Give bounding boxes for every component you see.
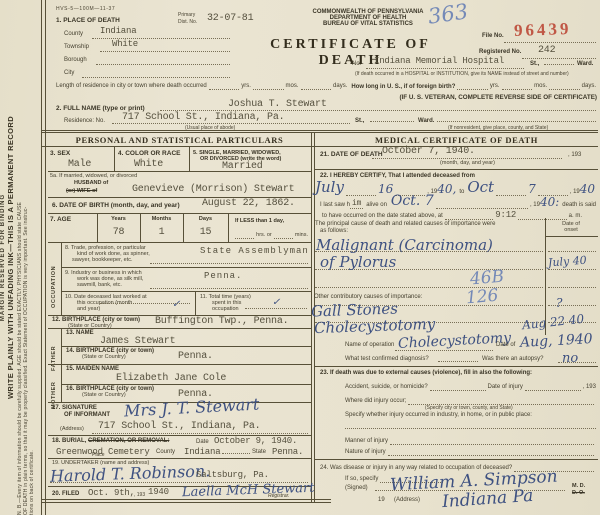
rule-8-top (48, 242, 311, 243)
place-of-death-label: 1. PLACE OF DEATH (56, 17, 120, 24)
days-value: 15 (183, 227, 228, 238)
time-blank-r (518, 218, 567, 220)
age-div-4 (228, 213, 229, 242)
rule-15-top (48, 364, 311, 365)
time-value: 9:12 (495, 210, 516, 220)
informant-signature: Mrs J. T. Stewart (124, 394, 260, 420)
informant-addr-label: (Address) (60, 426, 84, 433)
if-so-label: If so, specify (345, 476, 378, 484)
years-value: 78 (97, 227, 140, 238)
dob-label: 6. DATE OF BIRTH (month, day, and year) (52, 202, 180, 209)
race-value: White (134, 159, 163, 170)
burial-label: 18. BURIAL, (52, 438, 86, 444)
full-name-line (160, 100, 596, 111)
principal-label-2: as follows: (320, 228, 348, 236)
burial-state-value: Penna. (272, 447, 303, 457)
last-worked-label-3: and year) (77, 306, 100, 313)
dist-no-value: 32-07-81 (207, 13, 253, 24)
accident-label: Accident, suicide, or homicide? (345, 384, 428, 392)
cause-line-2: of Pylorus (320, 253, 396, 271)
occurred-label: to have occurred on the date stated abov… (322, 213, 443, 221)
years-label: Years (97, 216, 140, 222)
father-bp-value: Penna. (178, 351, 213, 362)
husband-of-label: HUSBAND of (74, 180, 108, 186)
burial-date-value: October 9, 1940. (214, 436, 297, 446)
registered-no-label: Registered No. (479, 49, 521, 55)
rule-24-top (315, 459, 598, 460)
cause-onset-value: July 40 (548, 254, 588, 270)
us-yrs-blank (457, 88, 488, 90)
contributory-onset-1: ? (556, 296, 562, 310)
institution-value: Indiana Memorial Hospital (374, 56, 504, 66)
burial-struck-label: CREMATION, OR REMOVAL: (88, 438, 169, 444)
us-days-blank (549, 88, 580, 90)
residence-length-label: Length of residence in city or town wher… (56, 83, 207, 91)
where-note: (Specify city or town, county, and State… (425, 405, 513, 411)
birthplace-value: Buffington Twp., Penna. (155, 316, 288, 327)
cause-rule-3 (315, 287, 543, 288)
township-label: Township (64, 44, 89, 52)
dod-note: (month, day, and year) (400, 160, 535, 167)
left-border-outer (41, 0, 42, 515)
residence-yrs-label: yrs. (241, 83, 251, 91)
last-saw-year: 40: (540, 195, 559, 209)
burial-county-label: County (156, 449, 175, 457)
filed-year-value: 1940 (148, 487, 169, 497)
residence-mos-blank (253, 88, 284, 90)
total-time-check: ✓ (272, 297, 280, 308)
father-name-label: 13. NAME (66, 330, 94, 336)
contributory-line-2: Cholecystotomy (314, 315, 436, 337)
hospital-no-label: No. (352, 61, 361, 69)
rule-9-top (61, 267, 311, 268)
registered-no-line (522, 46, 596, 59)
full-name-label: 2. FULL NAME (type or print) (56, 105, 145, 112)
borough-label: Borough (64, 57, 87, 65)
file-no-label: File No. (482, 33, 504, 39)
certify-to-day: 7 (528, 182, 536, 196)
total-time-label-3: occupation (212, 306, 239, 313)
registrar-label: Registrar. (268, 493, 290, 499)
last-worked-check: ✓ (172, 299, 180, 310)
industry-value: Penna. (204, 271, 242, 281)
md-label: M. D. (572, 483, 585, 489)
address-year-label: 19 (378, 497, 385, 505)
us-mos-label: mos. (534, 83, 547, 91)
burial-date-label: Date (196, 439, 209, 447)
certify-from-year: 40, (437, 182, 456, 196)
dist-no-label: Dist. No. (178, 19, 197, 25)
name-st-line (370, 121, 414, 122)
mins-blank (274, 237, 293, 239)
autopsy-blank (558, 362, 596, 363)
mins-label: mins. (295, 232, 308, 239)
rule-23-top (315, 366, 598, 367)
am-label: a. m. (569, 213, 582, 221)
primary-label: Primary (178, 12, 195, 18)
onset-rule-1 (548, 251, 596, 252)
personal-section-header: PERSONAL AND STATISTICAL PARTICULARS (48, 135, 311, 145)
residence-value: 717 School St., Indiana, Pa. (122, 112, 284, 123)
time-blank-l (445, 218, 494, 220)
manner-blank (390, 443, 594, 445)
name-ward-label: Ward. (418, 118, 434, 124)
hospital-st-label: St., (530, 61, 539, 67)
certify-from-month: July (315, 178, 344, 196)
months-value: 1 (140, 227, 183, 238)
injury-193: , 193 (583, 384, 596, 392)
us-length-label: How long in U. S., if of foreign birth? (351, 84, 455, 90)
township-value: White (112, 39, 138, 49)
cause-line-1: Malignant (Carcinoma) (316, 236, 493, 254)
section-rule-top-inner (41, 132, 598, 133)
test-blank (438, 361, 478, 362)
rule-10-top (61, 291, 311, 292)
nature-label: Nature of injury (345, 449, 386, 457)
alive-on-label: alive on (366, 202, 387, 210)
residence-days-label: days. (333, 83, 347, 91)
maiden-name-label: 15. MAIDEN NAME (66, 366, 119, 372)
hrs-blank (235, 237, 254, 239)
city-label: City (64, 70, 74, 78)
burial-state-label: State (252, 449, 266, 457)
onset-rule-3 (548, 287, 596, 288)
autopsy-label: Was there an autopsy? (482, 356, 543, 364)
contributory-onset-2: Aug 22 40 (521, 312, 584, 332)
months-label: Months (140, 216, 183, 222)
dod-value: October 7, 1940. (382, 146, 475, 157)
pencil-number: 363 (427, 0, 470, 29)
onset-label-2: onset (546, 227, 596, 234)
operation-label: Name of operation (345, 342, 394, 350)
county-value: Indiana (100, 26, 136, 36)
external-label: 23. If death was due to external causes … (320, 370, 532, 376)
binding-margin: MARGIN RESERVED FOR BINDING WRITE PLAINL… (0, 0, 40, 515)
operation-date-label: Date of (496, 342, 515, 350)
file-no-value: 96439 (514, 19, 572, 41)
us-days-label: days. (582, 83, 596, 91)
death-said-label: death is said (562, 202, 596, 210)
rule-5a-top (48, 171, 311, 172)
trade-value: State Assemblyman (200, 246, 309, 256)
whether-label: Specify whether injury occurred in indus… (345, 412, 532, 420)
informant-label-2: OF INFORMANT (64, 412, 110, 418)
rule-14-top (61, 346, 311, 347)
filed-date-value: Oct. 9th, (88, 488, 135, 498)
residence-label: Residence: No. (64, 118, 105, 126)
city-line (82, 66, 230, 78)
medical-section-header: MEDICAL CERTIFICATE OF DEATH (315, 135, 598, 145)
cause-code-2: 126 (465, 286, 499, 309)
last-saw-19: , 19 (530, 202, 540, 210)
hospital-st-line (544, 64, 574, 65)
burial-county-line (222, 453, 250, 454)
bottom-border-inner (41, 502, 331, 503)
sex-race-divider (114, 147, 115, 171)
operation-date-value: Aug, 1940 (520, 331, 593, 351)
residence-yrs-blank (209, 88, 240, 90)
onset-box-bottom (545, 236, 598, 237)
rule-16-top (61, 384, 311, 385)
do-label-struck: D. O. (572, 490, 585, 496)
maiden-name-value: Elizabeth Jane Cole (116, 373, 226, 384)
days-label: Days (183, 216, 228, 222)
borough-line (96, 53, 230, 65)
certify-19b: , 19 (570, 189, 580, 197)
death-certificate-document: MARGIN RESERVED FOR BINDING WRITE PLAINL… (0, 0, 600, 515)
margin-note-3: tions on back of certificate. (29, 0, 35, 515)
full-name-value: Joshua T. Stewart (228, 99, 327, 110)
total-time-line (245, 308, 307, 309)
whether-blank (345, 428, 596, 429)
rule-22-top (315, 169, 598, 170)
sex-value: Male (68, 159, 91, 170)
abode-note: (Usual place of abode) (185, 125, 235, 131)
left-border-inner (45, 0, 46, 515)
dod-193-label: , 193 (568, 152, 581, 160)
manner-label: Manner of injury (345, 438, 388, 446)
s5a-label: 5a. If married, widowed, or divorced (50, 173, 137, 180)
us-mos-blank (502, 88, 533, 90)
accident-blank (430, 389, 486, 391)
mother-bp-label-2: (State or Country) (82, 392, 126, 399)
him-typed: im (350, 199, 363, 209)
form-code: HVS-5—100M—11-37 (56, 6, 115, 12)
margin-write-plainly-text: WRITE PLAINLY WITH UNFADING INK—THIS IS … (6, 0, 15, 515)
hospital-ward-label: Ward. (577, 61, 593, 67)
residence-mos-label: mos. (286, 83, 299, 91)
last-saw-label: I last saw h (320, 202, 350, 210)
registrar-signature: Laella McH Stewart (182, 481, 315, 501)
injury-date-blank (525, 389, 581, 391)
father-bp-label-2: (State or Country) (82, 354, 126, 361)
rule-19-top (48, 458, 311, 459)
race-marital-divider (189, 147, 190, 171)
undertaker-addr-value: Saltsburg, Pa. (196, 470, 269, 480)
spouse-value: Genevieve (Morrison) Stewart (132, 184, 294, 195)
operation-line (395, 350, 493, 351)
autopsy-value: no (562, 351, 578, 366)
dob-value: August 22, 1862. (202, 198, 295, 209)
occupation-cell-divider (61, 242, 62, 315)
informant-label-1: 17. SIGNATURE (52, 405, 97, 411)
less-than-day-label: If LESS than 1 day, (235, 218, 284, 224)
certify-to-label: to (459, 189, 464, 197)
last-worked-line (100, 303, 190, 304)
rule-7-top (48, 213, 311, 214)
informant-addr-value: 717 School St., Indiana, Pa. (98, 421, 260, 432)
certify-to-year: 40 (580, 182, 595, 196)
last-saw-date: Oct. 7 (391, 193, 434, 209)
signed-label: (Signed) (345, 485, 368, 493)
trade-label-3: sawyer, bookkeeper, etc. (72, 257, 133, 264)
industry-label-3: sawmill, bank, etc. (77, 282, 122, 289)
bureau-line: BUREAU OF VITAL STATISTICS (293, 21, 443, 27)
hospital-note: (If death occurred in a HOSPITAL or INST… (355, 71, 569, 77)
address-label: (Address) (394, 497, 420, 505)
test-label: What test confirmed diagnosis? (345, 356, 429, 364)
rule-13-top (48, 328, 311, 329)
name-ward-line (437, 121, 596, 122)
where-label: Where did injury occur; (345, 398, 406, 406)
nonresident-note: (If nonresident, give place, county, and… (448, 125, 548, 131)
age-label: 7. AGE (50, 216, 71, 223)
sex-label: 3. SEX (50, 150, 70, 157)
filed-label: 20. FILED (52, 491, 79, 497)
name-st-label: St., (355, 118, 364, 124)
race-label: 4. COLOR OR RACE (118, 150, 180, 157)
us-yrs-label: yrs. (490, 83, 500, 91)
registered-no-value: 242 (538, 45, 555, 56)
residence-days-blank (301, 88, 332, 90)
injury-date-label: Date of injury (488, 384, 523, 392)
occupation-side-label: OCCUPATION (51, 248, 57, 308)
county-label: County (64, 31, 83, 39)
nature-blank (388, 454, 594, 456)
mother-cell-divider (61, 364, 62, 402)
burial-county-value: Indiana (184, 447, 220, 457)
onset-rule-2 (548, 269, 596, 270)
divider-10-11 (195, 291, 196, 315)
hrs-label: hrs. or (256, 232, 272, 239)
filed-193-label: , 193 (134, 492, 145, 498)
certify-to-month: Oct (467, 178, 494, 196)
wife-of-label-struck: (or) WIFE of (66, 188, 97, 194)
